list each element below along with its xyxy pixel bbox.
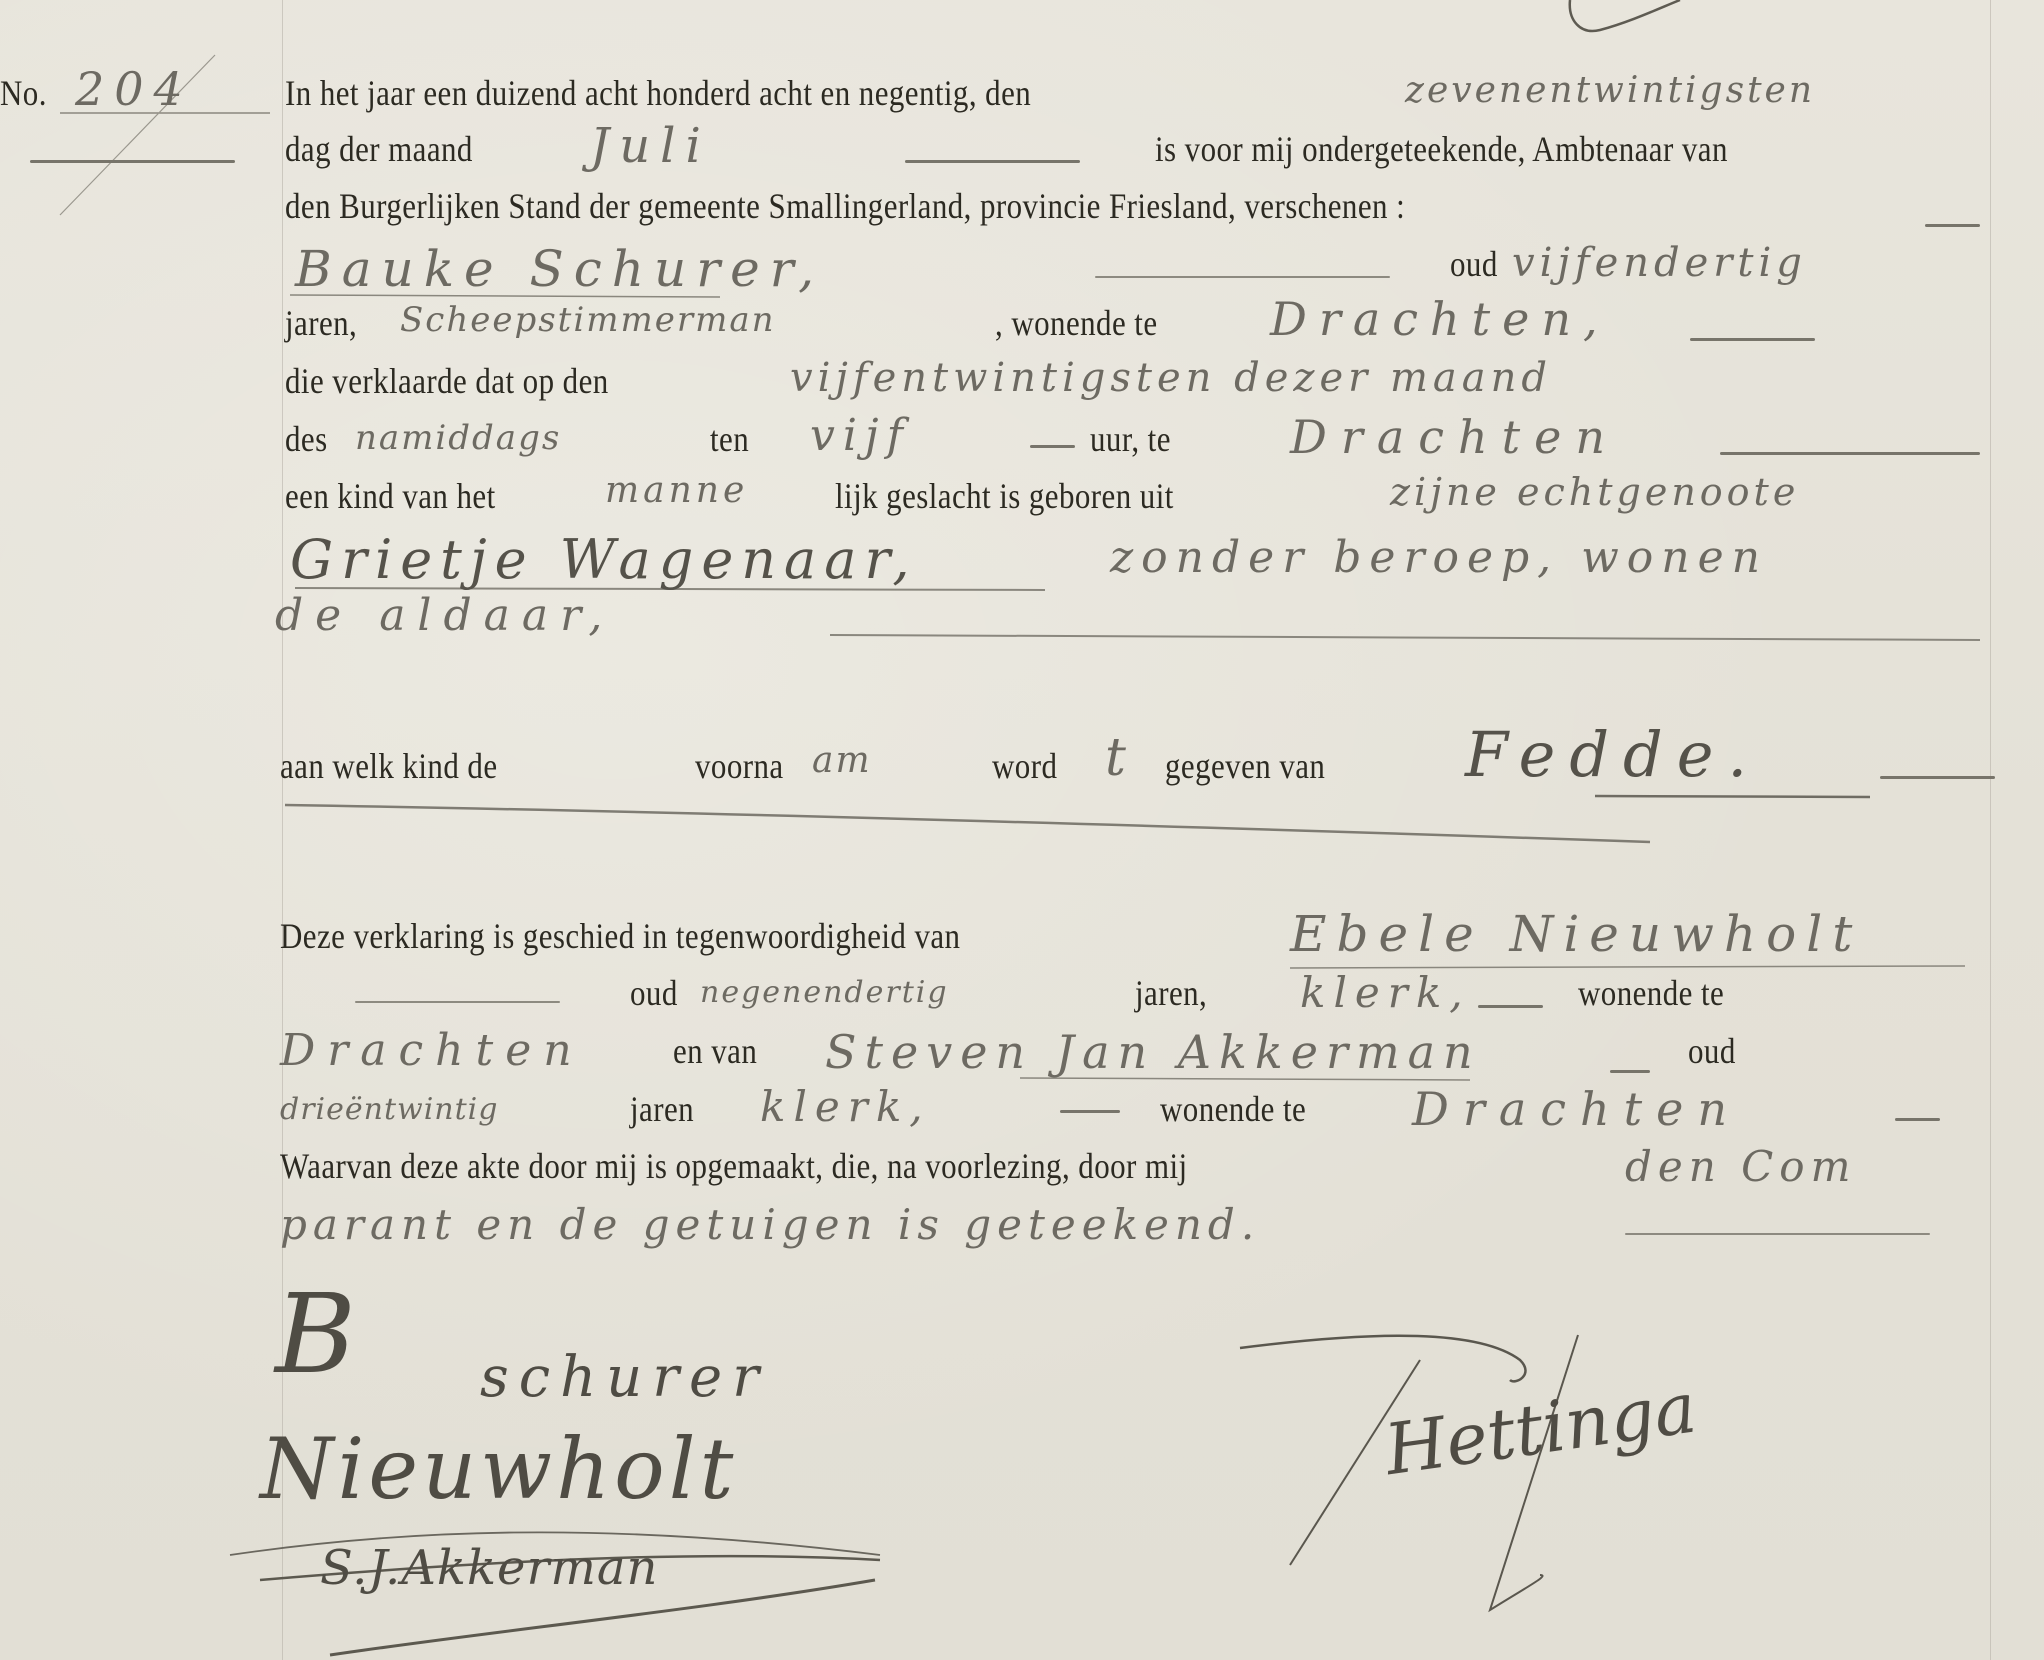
witness2-residence: Drachten xyxy=(1412,1082,1741,1136)
printed-line-13b: wonende te xyxy=(1160,1088,1306,1130)
signature-witness1: Nieuwholt xyxy=(260,1420,737,1518)
declarant-residence: Drachten, xyxy=(1270,292,1610,346)
printed-line-6: die verklaarde dat op den xyxy=(285,360,609,402)
birth-day: vijfentwintigsten dezer maand xyxy=(790,355,1552,401)
time-of-day: namiddags xyxy=(355,418,561,458)
declarant-occupation: Scheepstimmerman xyxy=(400,300,776,340)
printed-line-11b: jaren, xyxy=(1135,972,1207,1014)
printed-line-9b: voorna xyxy=(695,745,784,787)
witness1-name: Ebele Nieuwholt xyxy=(1290,905,1862,963)
printed-line-8b: lijk geslacht is geboren uit xyxy=(835,475,1174,517)
printed-line-11a: oud xyxy=(630,972,678,1014)
filler-dash xyxy=(1478,1005,1543,1008)
filler-dash xyxy=(1925,224,1980,227)
printed-line-14: Waarvan deze akte door mij is opgemaakt,… xyxy=(280,1145,1188,1187)
child-sex: manne xyxy=(605,470,748,511)
printed-line-12a: en van xyxy=(673,1030,757,1072)
printed-line-12b: oud xyxy=(1688,1030,1736,1072)
filler-dash xyxy=(905,160,1080,163)
left-margin-rule xyxy=(282,0,283,1660)
witness1-residence: Drachten xyxy=(280,1025,584,1076)
name-suffix-t: t xyxy=(1105,728,1132,788)
handwritten-day: zevenentwintigsten xyxy=(1405,70,1815,111)
closing-2: parant en de getuigen is geteekend. xyxy=(280,1200,1260,1249)
mother-name: Grietje Wagenaar, xyxy=(290,528,917,591)
printed-line-3: den Burgerlijken Stand der gemeente Smal… xyxy=(285,185,1405,227)
filler-dash xyxy=(1030,445,1075,448)
mother-residence: de aldaar, xyxy=(275,590,614,641)
entry-number-label: No. xyxy=(0,72,47,114)
printed-line-9a: aan welk kind de xyxy=(280,745,498,787)
printed-line-10: Deze verklaring is geschied in tegenwoor… xyxy=(280,915,960,957)
document-page: No. 204 In het jaar een duizend acht hon… xyxy=(0,0,2044,1660)
closing-1: den Com xyxy=(1625,1142,1856,1191)
child-name: Fedde. xyxy=(1465,718,1761,791)
printed-line-2b: is voor mij ondergeteekende, Ambtenaar v… xyxy=(1155,128,1728,170)
printed-line-11c: wonende te xyxy=(1578,972,1724,1014)
printed-line-7b: ten xyxy=(710,418,749,460)
filler-dash xyxy=(1720,452,1980,455)
printed-line-7a: des xyxy=(285,418,328,460)
filler-dash xyxy=(1610,1070,1650,1073)
witness1-occupation: klerk, xyxy=(1300,968,1471,1017)
hour: vijf xyxy=(810,410,911,461)
declarant-name: Bauke Schurer, xyxy=(295,240,824,298)
printed-line-9c: word xyxy=(992,745,1057,787)
filler-dash xyxy=(1880,776,1995,779)
signature-registrar: Hettinga xyxy=(1380,1366,1701,1491)
signature-declarant-surname: schurer xyxy=(480,1345,769,1410)
witness1-age: negenendertig xyxy=(700,975,949,1010)
printed-line-5a: jaren, xyxy=(285,302,357,344)
birth-place: Drachten xyxy=(1290,410,1619,464)
mother-intro: zijne echtgenoote xyxy=(1390,470,1799,514)
filler-dash xyxy=(355,1001,560,1003)
declarant-age: vijfendertig xyxy=(1512,240,1807,286)
witness2-name: Steven Jan Akkerman xyxy=(825,1025,1481,1079)
filler-dash xyxy=(1690,338,1815,341)
right-margin-rule xyxy=(1990,0,1991,1660)
mother-occupation: zonder beroep, wonen xyxy=(1110,532,1768,583)
filler-dash xyxy=(1895,1118,1940,1121)
printed-line-5b: , wonende te xyxy=(995,302,1157,344)
printed-line-1: In het jaar een duizend acht honderd ach… xyxy=(285,72,1031,114)
filler-dash xyxy=(1625,1233,1930,1235)
signature-declarant-initial: B xyxy=(275,1270,356,1398)
signature-witness2: S.J.Akkerman xyxy=(320,1540,658,1596)
printed-line-4-oud: oud xyxy=(1450,243,1498,285)
printed-line-7c: uur, te xyxy=(1090,418,1171,460)
witness2-occupation: klerk, xyxy=(760,1082,931,1131)
printed-line-8a: een kind van het xyxy=(285,475,496,517)
printed-line-13a: jaren xyxy=(630,1088,694,1130)
name-suffix-am: am xyxy=(812,740,872,781)
filler-dash xyxy=(30,160,235,163)
filler-dash xyxy=(1060,1110,1120,1113)
filler-dash xyxy=(1095,276,1390,278)
handwritten-month: Juli xyxy=(590,118,711,174)
printed-line-2a: dag der maand xyxy=(285,128,473,170)
printed-line-9d: gegeven van xyxy=(1165,745,1325,787)
entry-number: 204 xyxy=(75,62,193,116)
witness2-age: drieëntwintig xyxy=(280,1092,498,1127)
